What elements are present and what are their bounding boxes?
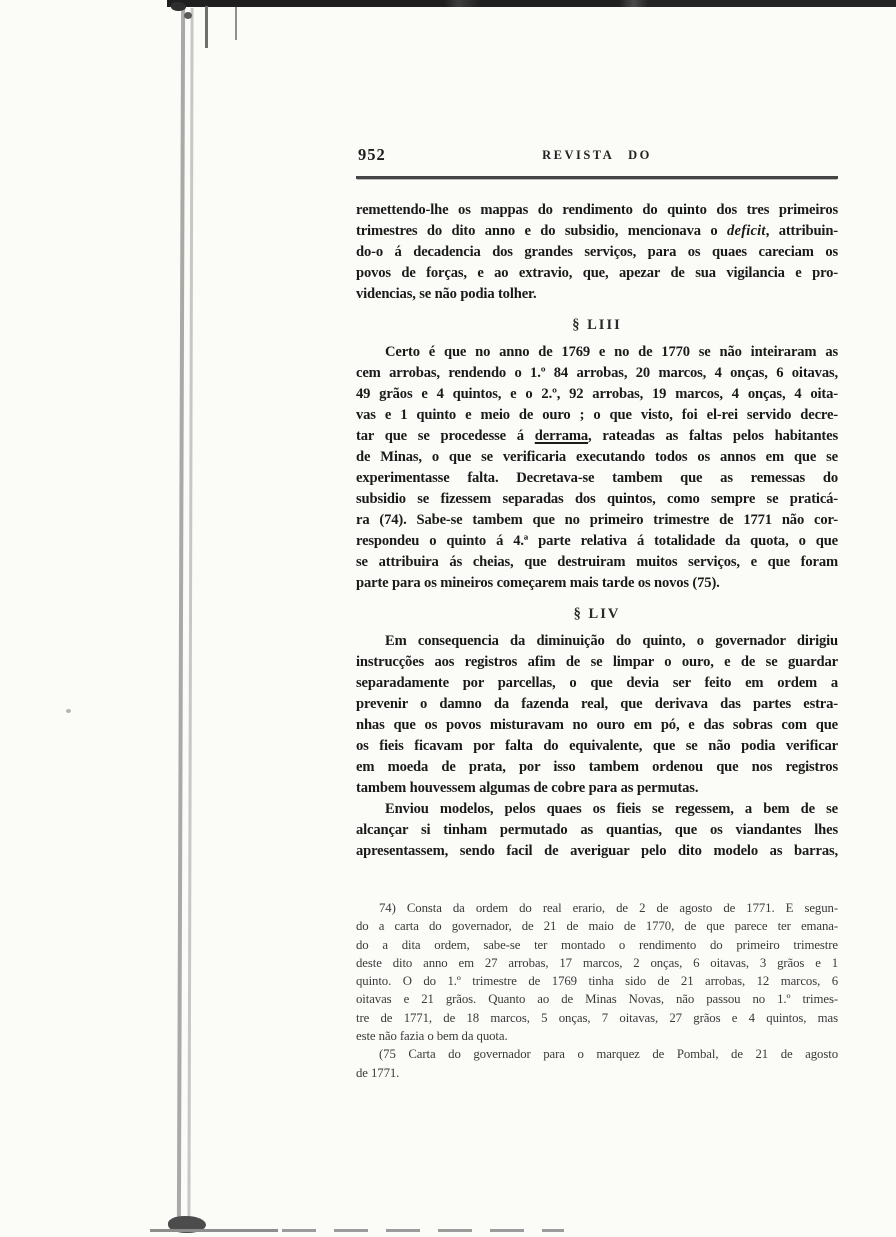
text-line: trimestres do dito anno e do subsidio, m… [356, 221, 838, 242]
text-line: nhas que os povos misturavam no ouro em … [356, 715, 838, 736]
text-line: cem arrobas, rendendo o 1.º 84 arrobas, … [356, 363, 838, 384]
text-line: Em consequencia da diminuição do quinto,… [356, 631, 838, 652]
top-left-smudge [171, 2, 186, 11]
top-tick-mark [205, 6, 208, 48]
text-line: instrucções aos registros afim de se lim… [356, 652, 838, 673]
text-line: remettendo-lhe os mappas do rendimento d… [356, 200, 838, 221]
text-line: em moeda de prata, por isso tambem orden… [356, 757, 838, 778]
text-line: os fieis ficavam por falta do equivalent… [356, 736, 838, 757]
binding-line-outer [177, 5, 185, 1227]
text-line: alcançar si tinham permutado as quantias… [356, 820, 838, 841]
text-line: videncias, se não podia tolher. [356, 284, 838, 305]
text-line: deste dito anno em 27 arrobas, 17 marcos… [356, 954, 838, 972]
footnote: 74) Consta da ordem do real erario, de 2… [356, 899, 838, 1045]
text-line: povos de forças, e ao extravio, que, ape… [356, 263, 838, 284]
paragraph: Certo é que no anno de 1769 e no de 1770… [356, 342, 838, 594]
page-body: remettendo-lhe os mappas do rendimento d… [356, 200, 838, 862]
text-line: apresentassem, sendo facil de averiguar … [356, 841, 838, 862]
bottom-dashed-line [282, 1229, 564, 1232]
top-left-smudge-small [184, 12, 192, 19]
text-line: vas e 1 quinto e meio de ouro ; o que vi… [356, 405, 838, 426]
page-header: 952 REVISTA DO [356, 145, 838, 175]
top-tick-mark-2 [235, 7, 237, 40]
text-line: subsidio se fizessem separadas dos quint… [356, 489, 838, 510]
text-line: Certo é que no anno de 1769 e no de 1770… [356, 342, 838, 363]
running-head: REVISTA DO [356, 148, 838, 163]
top-edge-bar [167, 0, 896, 7]
text-line: parte para os mineiros começarem mais ta… [356, 573, 838, 594]
text-line: separadamente por parcellas, o que devia… [356, 673, 838, 694]
text-line: quinto. O do 1.º trimestre de 1769 tinha… [356, 972, 838, 990]
margin-speck [66, 709, 71, 713]
text-line: do a dita ordem, sabe-se ter montado o r… [356, 936, 838, 954]
footnotes: 74) Consta da ordem do real erario, de 2… [356, 899, 838, 1082]
text-line: este não fazia o bem da quota. [356, 1027, 838, 1045]
text-line: 49 grãos e 4 quintos, e o 2.º, 92 arroba… [356, 384, 838, 405]
text-line: se attribuira ás cheias, que destruiram … [356, 552, 838, 573]
header-rule [356, 176, 838, 179]
text-line: oitavas e 21 grãos. Quanto ao de Minas N… [356, 990, 838, 1008]
scanned-page: { "scan": { "page_number": "952", "runni… [0, 0, 896, 1237]
text-line: do-o á decadencia dos grandes serviços, … [356, 242, 838, 263]
paragraph: Enviou modelos, pelos quaes os fieis se … [356, 799, 838, 862]
section-heading: § LIII [356, 315, 838, 336]
text-line: tre de 1771, de 18 marcos, 5 onças, 7 oi… [356, 1009, 838, 1027]
paragraph: remettendo-lhe os mappas do rendimento d… [356, 200, 838, 305]
text-line: de 1771. [356, 1064, 838, 1082]
binding-line-inner [187, 8, 193, 1226]
text-line: (75 Carta do governador para o marquez d… [356, 1045, 838, 1063]
text-line: 74) Consta da ordem do real erario, de 2… [356, 899, 838, 917]
text-line: respondeu o quinto á 4.ª parte relativa … [356, 531, 838, 552]
bottom-edge-line [150, 1229, 278, 1232]
section-heading: § LIV [356, 604, 838, 625]
text-line: experimentasse falta. Decretava-se tambe… [356, 468, 838, 489]
text-line: de Minas, o que se verificaria executand… [356, 447, 838, 468]
paragraph: Em consequencia da diminuição do quinto,… [356, 631, 838, 799]
text-line: Enviou modelos, pelos quaes os fieis se … [356, 799, 838, 820]
text-line: tambem houvessem algumas de cobre para a… [356, 778, 838, 799]
text-line: prevenir o damno da fazenda real, que de… [356, 694, 838, 715]
text-line: ra (74). Sabe-se tambem que no primeiro … [356, 510, 838, 531]
text-line: do a carta do governador, de 21 de maio … [356, 917, 838, 935]
footnote: (75 Carta do governador para o marquez d… [356, 1045, 838, 1082]
text-line: tar que se procedesse á derrama, rateada… [356, 426, 838, 447]
